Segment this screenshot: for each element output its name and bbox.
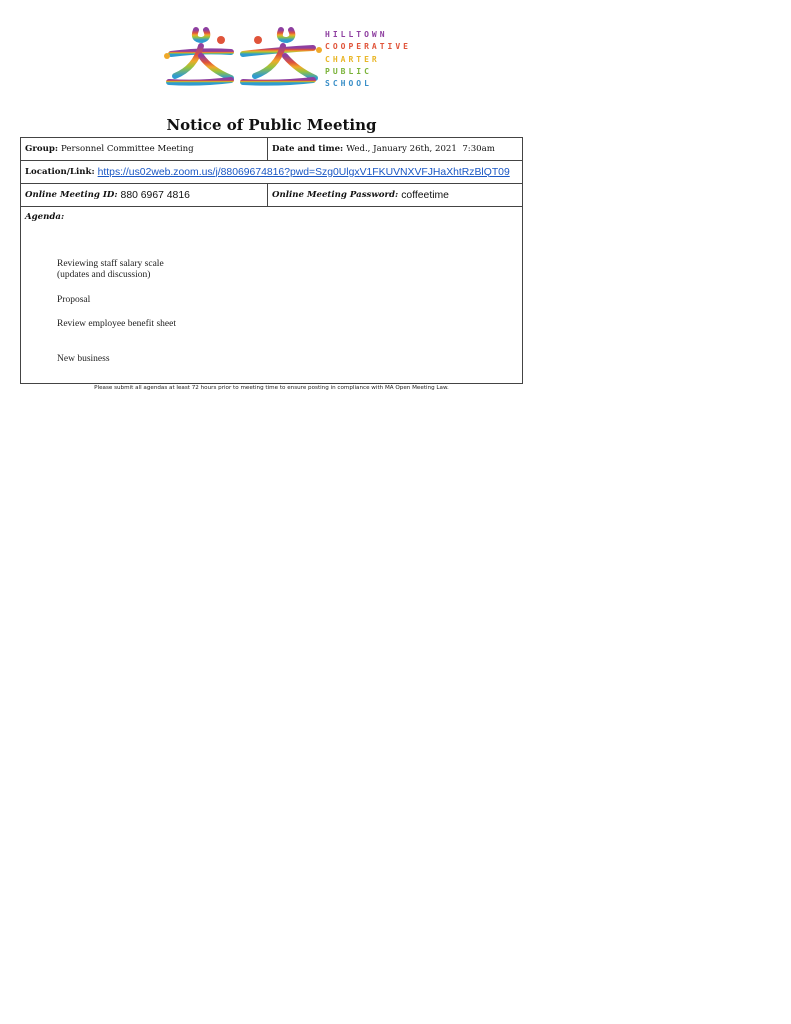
footer-note: Please submit all agendas at least 72 ho… (20, 385, 523, 391)
meeting-info-table: Group: Personnel Committee Meeting Date … (20, 137, 523, 384)
agenda-item: Reviewing staff salary scale (57, 259, 164, 271)
meeting-id-cell: Online Meeting ID: 880 6967 4816 (21, 184, 268, 206)
password-value: coffeetime (401, 190, 449, 201)
agenda-item: New business (57, 354, 110, 366)
datetime-value: Wed., January 26th, 2021 7:30am (346, 144, 495, 154)
logo-line-cooperative: COOPERATIVE (325, 41, 411, 53)
agenda-item: (updates and discussion) (57, 270, 150, 282)
location-cell: Location/Link: https://us02web.zoom.us/j… (21, 161, 522, 183)
logo-line-public: PUBLIC (325, 66, 411, 78)
agenda-item: Proposal (57, 295, 90, 307)
meeting-id-label: Online Meeting ID: (25, 190, 118, 200)
datetime-label: Date and time: (272, 144, 343, 154)
logo-line-charter: CHARTER (325, 54, 411, 66)
agenda-item: Review employee benefit sheet (57, 319, 176, 331)
table-row-group-datetime: Group: Personnel Committee Meeting Date … (21, 138, 522, 161)
table-row-location: Location/Link: https://us02web.zoom.us/j… (21, 161, 522, 184)
group-value: Personnel Committee Meeting (61, 144, 194, 154)
page-title: Notice of Public Meeting (20, 116, 523, 134)
logo-line-hilltown: HILLTOWN (325, 29, 411, 41)
location-label: Location/Link: (25, 167, 95, 177)
table-row-agenda: Agenda: Reviewing staff salary scale (up… (21, 207, 522, 383)
logo-line-school: SCHOOL (325, 78, 411, 90)
datetime-cell: Date and time: Wed., January 26th, 2021 … (268, 138, 522, 160)
group-cell: Group: Personnel Committee Meeting (21, 138, 268, 160)
agenda-label: Agenda: (25, 212, 64, 222)
zoom-meeting-link[interactable]: https://us02web.zoom.us/j/88069674816?pw… (98, 167, 510, 178)
school-name-logo-text: HILLTOWN COOPERATIVE CHARTER PUBLIC SCHO… (325, 29, 411, 90)
password-cell: Online Meeting Password: coffeetime (268, 184, 522, 206)
meeting-id-value: 880 6967 4816 (121, 190, 190, 201)
password-label: Online Meeting Password: (272, 190, 398, 200)
group-label: Group: (25, 144, 58, 154)
table-row-meeting-credentials: Online Meeting ID: 880 6967 4816 Online … (21, 184, 522, 207)
